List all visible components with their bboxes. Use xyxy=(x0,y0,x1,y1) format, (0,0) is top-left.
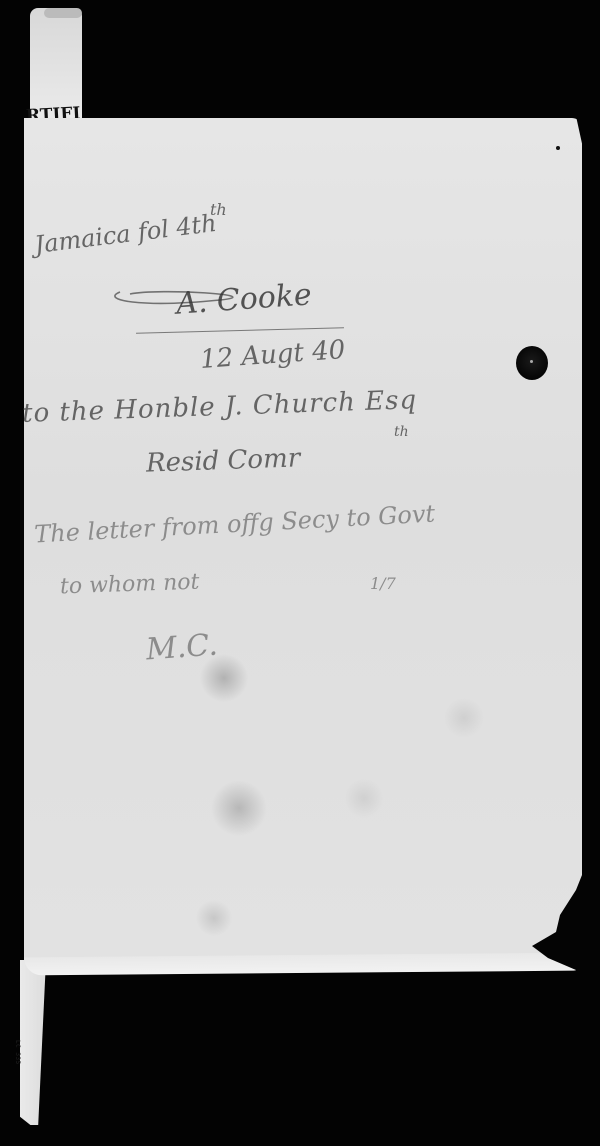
handwritten-note-line-2: to whom not xyxy=(60,570,200,600)
binding-code: LC 335 xyxy=(14,1040,21,1065)
handwritten-fraction: 1/7 xyxy=(370,574,396,593)
backing-strip-tab xyxy=(44,8,82,18)
paper-bottom-edge xyxy=(24,953,579,976)
punch-hole xyxy=(516,346,548,380)
handwritten-superscript: th xyxy=(210,200,227,219)
ink-dot xyxy=(556,146,560,150)
handwritten-superscript-2: th xyxy=(394,424,409,440)
handwritten-title: Resid Comr xyxy=(146,443,301,478)
handwritten-initials: M.C. xyxy=(145,628,219,668)
bottom-binding-strip xyxy=(20,960,46,1125)
document-scan: RTIFI LC 335 Jamaica fol 4th th A. Cooke… xyxy=(0,0,600,1146)
